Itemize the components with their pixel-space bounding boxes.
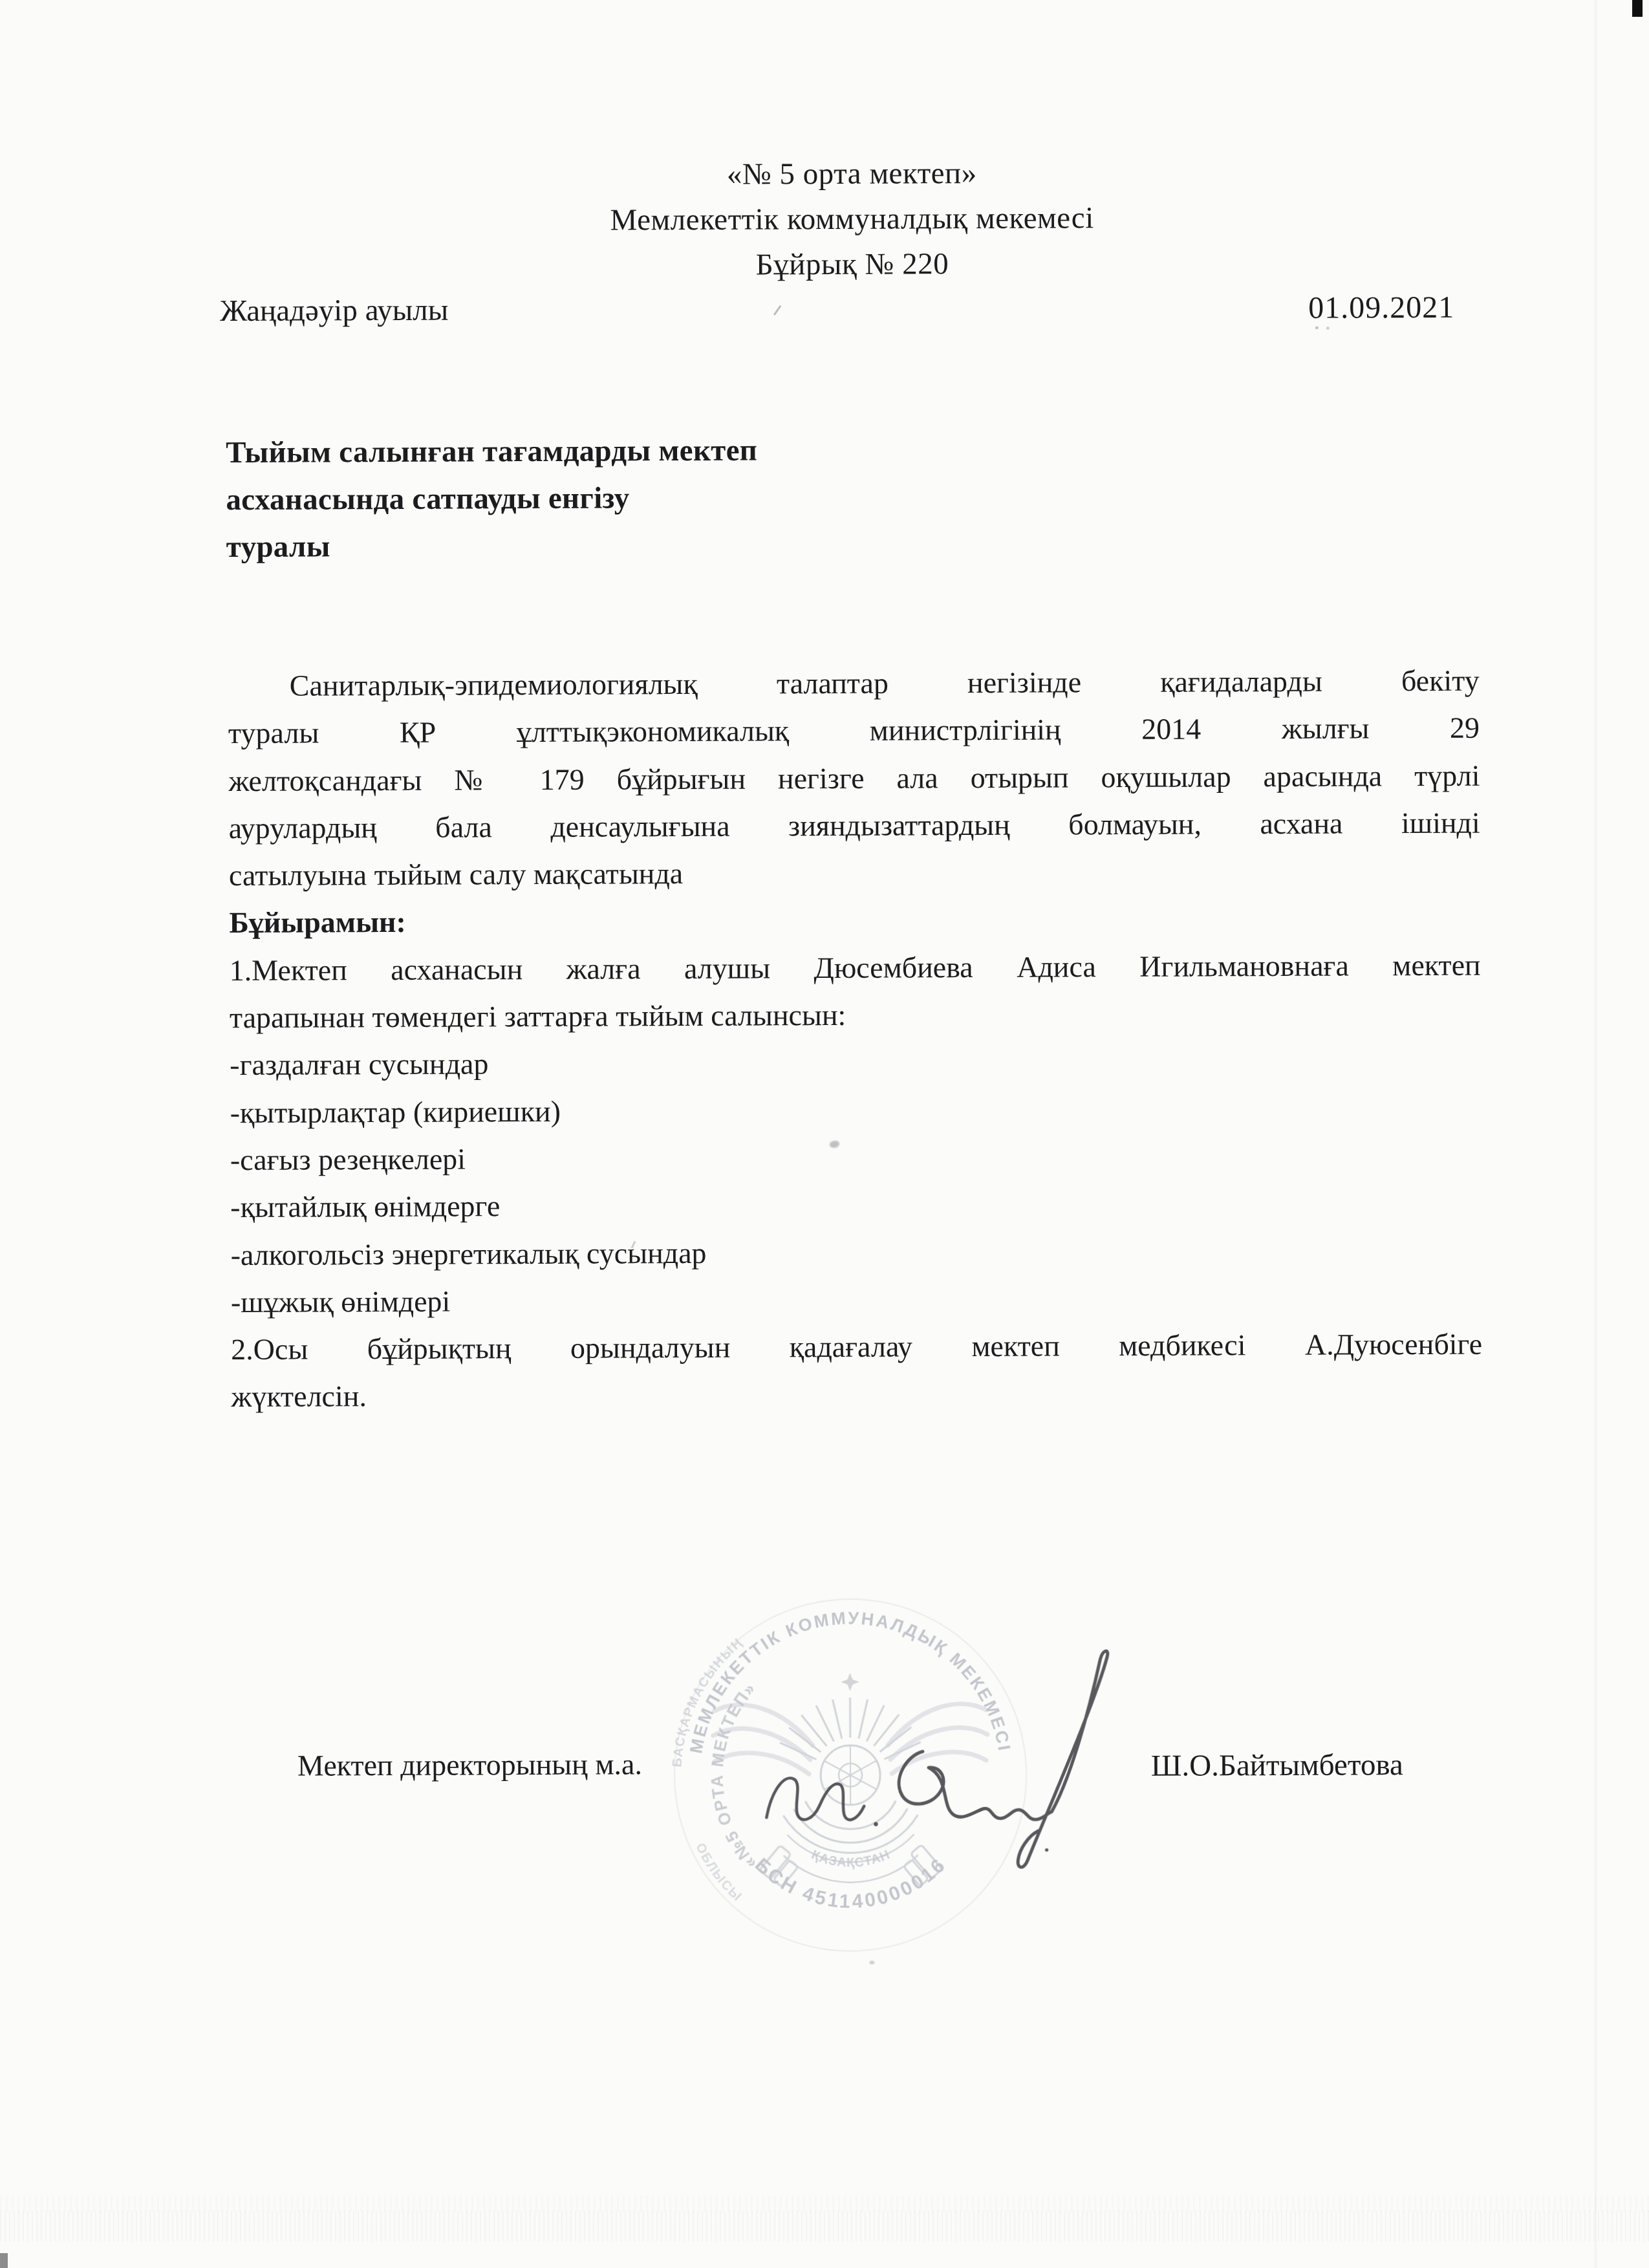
scan-artifact — [869, 1961, 874, 1965]
list-item: -сағыз резеңкелері — [230, 1131, 1482, 1184]
signer-position: Мектеп директорының м.а. — [297, 1747, 642, 1782]
subject-line: Тыйым салынған тағамдарды мектеп — [226, 425, 1196, 477]
list-item: -қытайлық өнімдерге — [230, 1178, 1482, 1231]
body-line: 1.Мектеп асханасын жалға алушы Дюсембиев… — [229, 941, 1480, 994]
body-line: Санитарлық-эпидемиологиялық талаптар нег… — [228, 657, 1480, 710]
list-item: -газдалған сусындар — [230, 1036, 1481, 1089]
letterhead: «№ 5 орта мектеп» Мемлекеттік коммуналды… — [27, 147, 1649, 290]
org-name: «№ 5 орта мектеп» — [27, 147, 1649, 200]
list-item: -қытырлақтар (кириешки) — [230, 1083, 1481, 1136]
order-body: Санитарлық-эпидемиологиялық талаптар нег… — [228, 657, 1483, 1421]
org-type: Мемлекеттік коммуналдық мекемесі — [27, 193, 1649, 245]
issue-place: Жаңадәуір ауылы — [220, 293, 448, 329]
signer-name: Ш.О.Байтымбетова — [1151, 1747, 1403, 1784]
body-line: тарапынан төмендегі заттарға тыйым салын… — [230, 989, 1481, 1042]
scan-edge-mark — [1632, 0, 1643, 17]
order-number: Бұйрық № 220 — [28, 238, 1649, 290]
list-item: -алкогольсіз энергетикалық сусындар — [230, 1226, 1482, 1279]
body-line: аурулардың бала денсаулығына зияндызатта… — [229, 799, 1480, 852]
scanned-document-page: «№ 5 орта мектеп» Мемлекеттік коммуналды… — [0, 0, 1649, 2268]
scan-artifact — [1315, 327, 1331, 330]
handwritten-signature — [733, 1622, 1148, 1895]
body-line: туралы ҚР ұлттықэкономикалық министрлігі… — [228, 704, 1480, 757]
document-content: «№ 5 орта мектеп» Мемлекеттік коммуналды… — [0, 0, 1649, 2268]
scan-edge-line — [1595, 0, 1597, 2268]
issue-date: 01.09.2021 — [1308, 290, 1454, 326]
body-line: 2.Осы бұйрықтың орындалуын қадағалау мек… — [231, 1321, 1482, 1374]
scan-artifact — [773, 305, 782, 316]
body-line: желтоқсандағы № 179 бұйрығын негізге ала… — [228, 751, 1480, 805]
order-subject: Тыйым салынған тағамдарды мектеп асханас… — [226, 425, 1196, 571]
scan-edge-mark — [0, 2253, 8, 2268]
body-line: жүктелсін. — [231, 1368, 1482, 1421]
list-item: -шұжық өнімдері — [231, 1273, 1482, 1326]
subject-line: туралы — [226, 519, 1196, 571]
body-line: сатылуына тыйым салу мақсатында — [229, 847, 1480, 900]
order-verb: Бұйырамын: — [229, 894, 1480, 947]
subject-line: асханасында сатпауды енгізу — [226, 472, 1196, 524]
scan-noise-band — [0, 2210, 1649, 2241]
